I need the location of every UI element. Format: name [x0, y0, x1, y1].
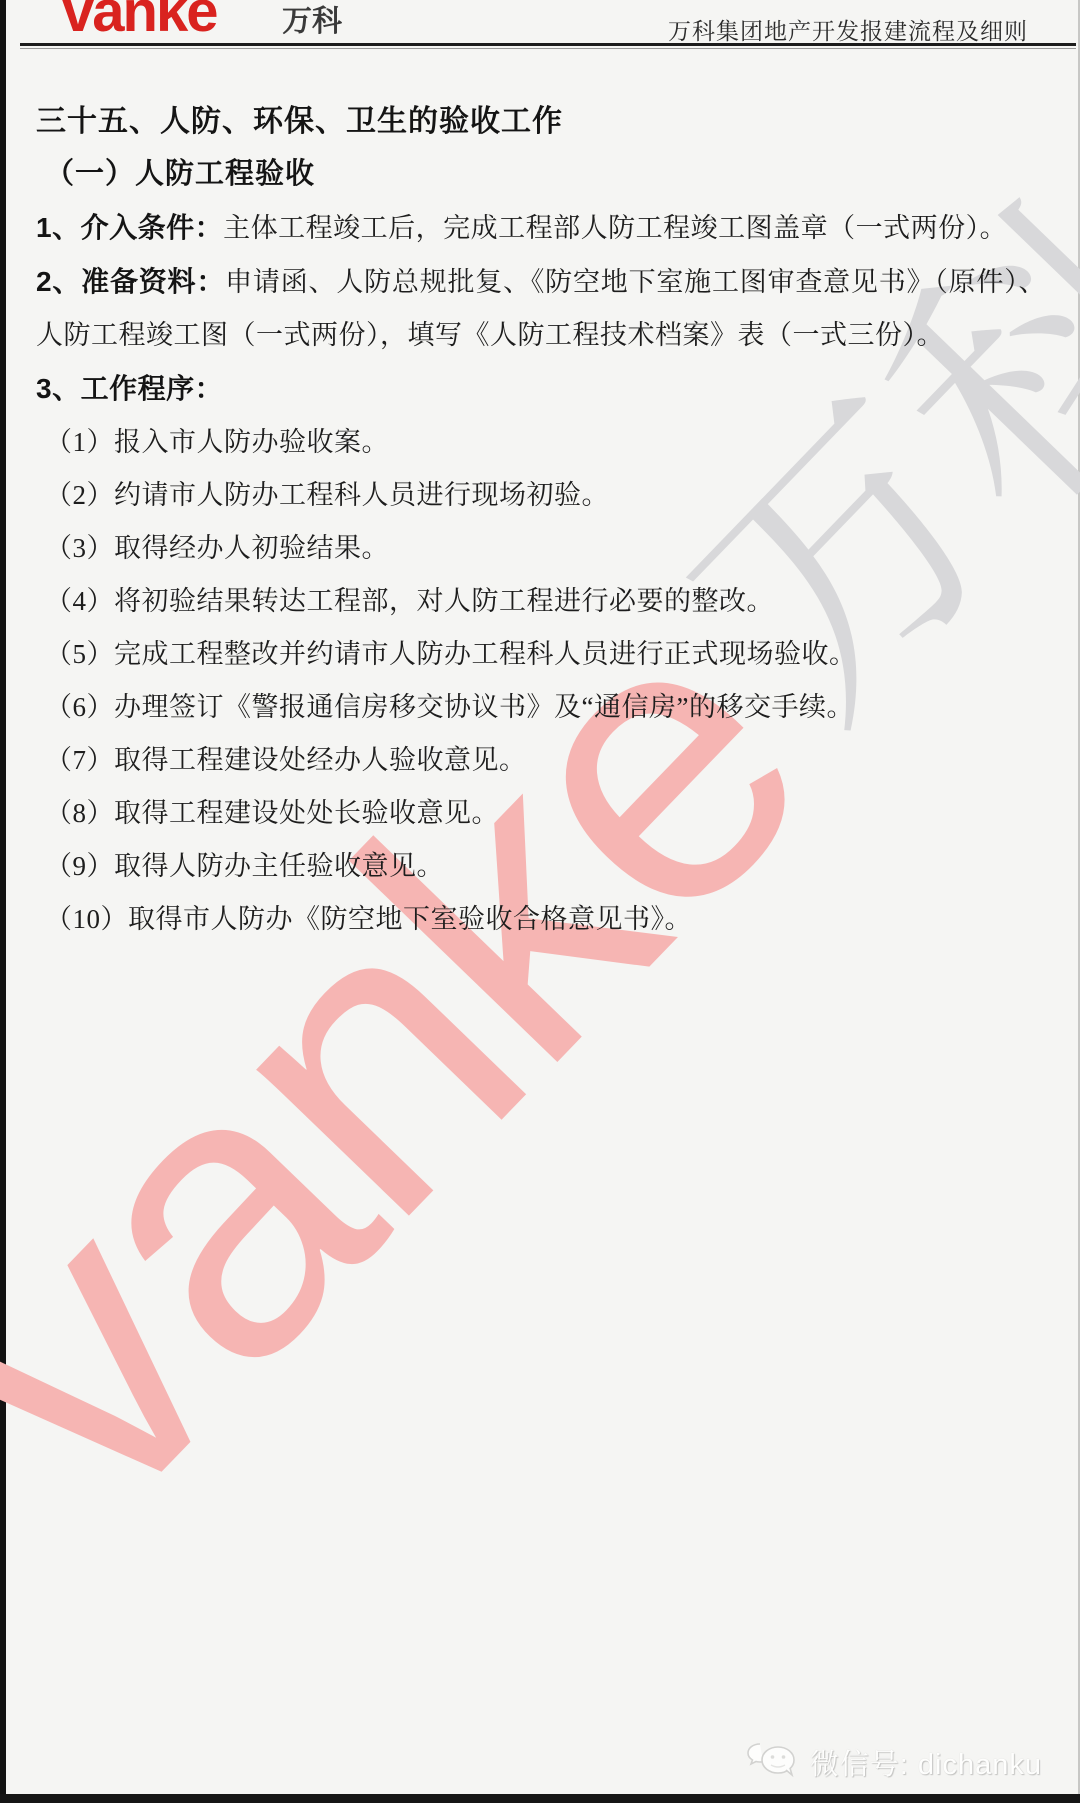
header-rule-thin: [20, 48, 1076, 49]
section-title: 三十五、人防、环保、卫生的验收工作: [36, 95, 1046, 148]
item-entry-condition-label: 1、介入条件：: [36, 212, 223, 243]
procedure-step-9: （9）取得人防办主任验收意见。: [36, 840, 1046, 893]
vanke-logo-latin: vanke: [62, 0, 216, 41]
procedure-step-8: （8）取得工程建设处处长验收意见。: [36, 787, 1046, 840]
document-content: 三十五、人防、环保、卫生的验收工作 （一）人防工程验收 1、介入条件：主体工程竣…: [36, 95, 1046, 946]
item-prepare-materials: 2、准备资料：申请函、人防总规批复、《防空地下室施工图审查意见书》（原件）、人防…: [36, 255, 1046, 362]
header-rule-thick: [20, 43, 1076, 46]
vanke-logo-chinese: 万科: [282, 5, 342, 38]
procedure-step-7: （7）取得工程建设处经办人验收意见。: [36, 734, 1046, 787]
procedure-step-2: （2）约请市人防办工程科人员进行现场初验。: [36, 469, 1046, 522]
item-entry-condition-text: 主体工程竣工后，完成工程部人防工程竣工图盖章（一式两份）。: [223, 213, 1007, 243]
item-entry-condition: 1、介入条件：主体工程竣工后，完成工程部人防工程竣工图盖章（一式两份）。: [36, 201, 1046, 255]
procedure-step-4: （4）将初验结果转达工程部，对人防工程进行必要的整改。: [36, 575, 1046, 628]
page-bottom-edge: [0, 1794, 1080, 1803]
procedure-step-10: （10）取得市人防办《防空地下室验收合格意见书》。: [36, 893, 1046, 946]
procedure-step-6: （6）办理签订《警报通信房移交协议书》及“通信房”的移交手续。: [36, 681, 1046, 734]
wechat-id-label: 微信号: dichanku: [810, 1742, 1042, 1783]
document-page: vanke 万科 万科集团地产开发报建流程及细则 vanke 万科 三十五、人防…: [0, 0, 1080, 1803]
subsection-title: （一）人防工程验收: [36, 148, 1046, 201]
item-prepare-materials-label: 2、准备资料：: [36, 266, 225, 297]
wechat-footer: 微信号: dichanku: [746, 1740, 1042, 1784]
item-work-procedure: 3、工作程序：: [36, 362, 1046, 416]
header-doc-title: 万科集团地产开发报建流程及细则: [668, 13, 1028, 46]
wechat-icon: [746, 1740, 804, 1784]
procedure-step-5: （5）完成工程整改并约请市人防办工程科人员进行正式现场验收。: [36, 628, 1046, 681]
procedure-step-1: （1）报入市人防办验收案。: [36, 416, 1046, 469]
page-left-edge: [0, 0, 6, 1803]
procedure-step-3: （3）取得经办人初验结果。: [36, 522, 1046, 575]
item-work-procedure-label: 3、工作程序：: [36, 373, 223, 404]
